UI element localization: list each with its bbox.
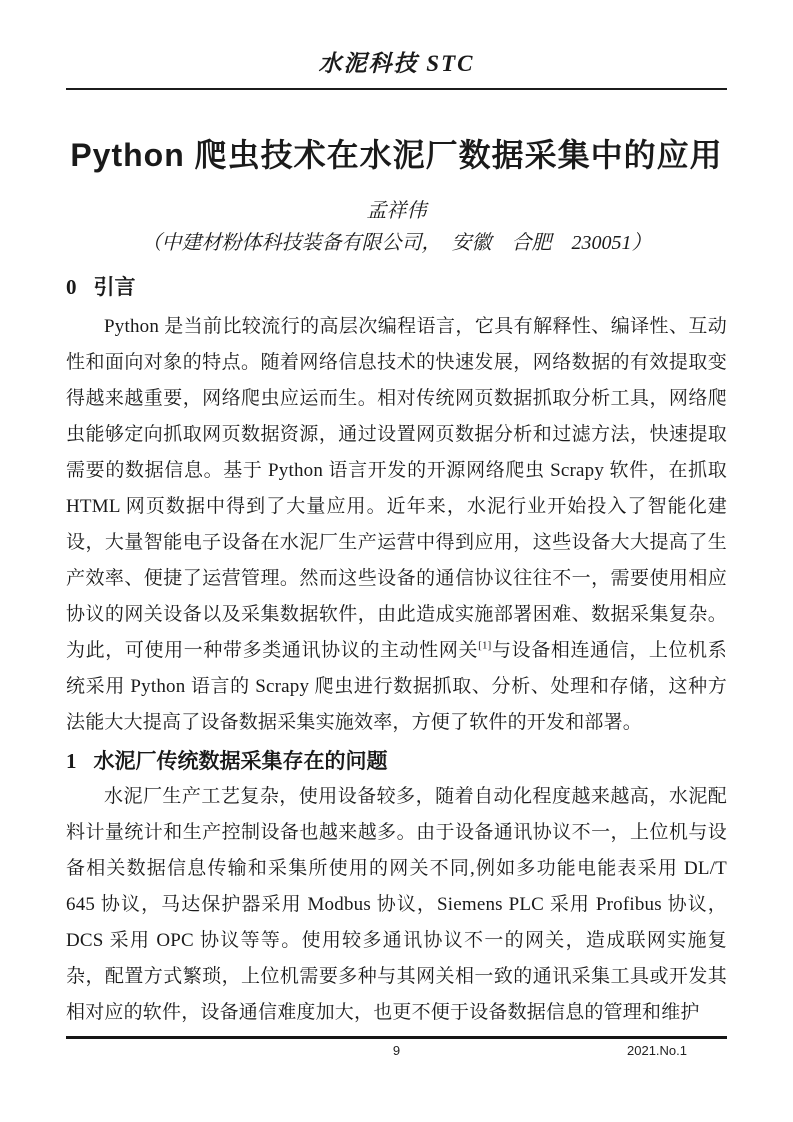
section-1-number: 1 [66,749,77,773]
document-page: 水泥科技 STC Python 爬虫技术在水泥厂数据采集中的应用 孟祥伟 （中建… [0,0,793,1122]
footer-divider [66,1036,727,1039]
running-head: 水泥科技 STC [0,0,793,78]
citation-ref-1: [1] [478,640,491,652]
article-title: Python 爬虫技术在水泥厂数据采集中的应用 [40,136,753,174]
section-0-number: 0 [66,275,77,299]
journal-name: 水泥科技 STC [319,51,475,76]
section-1-heading: 1水泥厂传统数据采集存在的问题 [66,746,727,776]
intro-text-lead: Python 是当前比较流行的高层次编程语言，它具有解释性、编译性、互动性和面向… [66,316,727,661]
author-affiliation: （中建材粉体科技装备有限公司， 安徽 合肥 230051） [0,226,793,255]
issue-number: 2021.No.1 [627,1043,687,1058]
paragraph-traditional-problems: 水泥厂生产工艺复杂，使用设备较多，随着自动化程度越来越高，水泥配料计量统计和生产… [66,779,727,1031]
author-name: 孟祥伟 [0,194,793,223]
header-divider [66,88,727,90]
paragraph-introduction: Python 是当前比较流行的高层次编程语言，它具有解释性、编译性、互动性和面向… [66,309,727,741]
article-body: 0引言 Python 是当前比较流行的高层次编程语言，它具有解释性、编译性、互动… [66,272,727,1031]
section-0-heading: 0引言 [66,272,727,302]
section-0-title: 引言 [94,275,136,299]
section-1-title: 水泥厂传统数据采集存在的问题 [94,749,388,773]
page-footer: 9 2021.No.1 [66,1043,727,1063]
